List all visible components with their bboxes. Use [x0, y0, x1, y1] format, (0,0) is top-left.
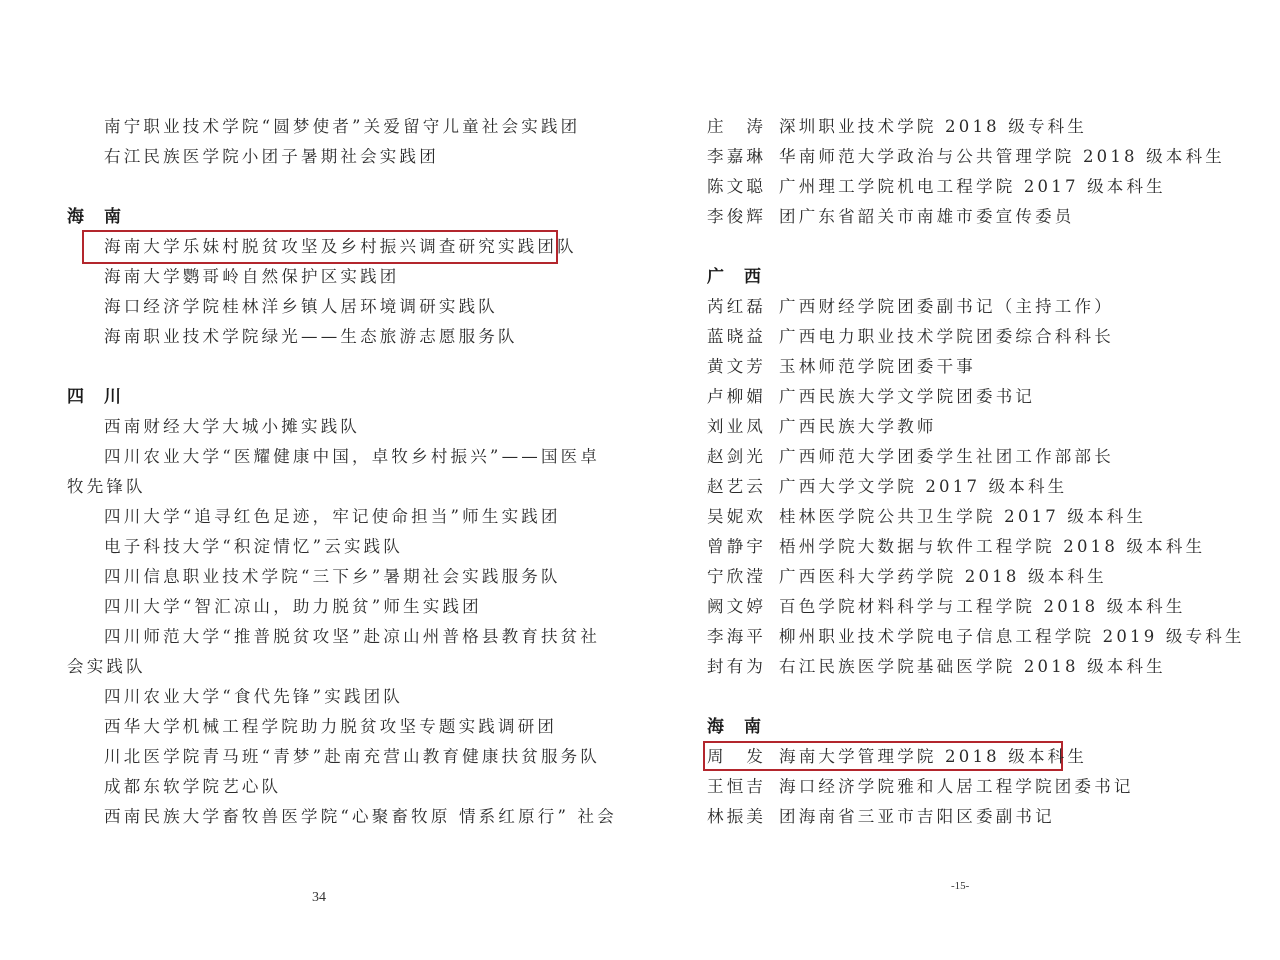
left-page: 南宁职业技术学院“圆梦使者”关爱留守儿童社会实践团 右江民族医学院小团子暑期社会… [0, 0, 640, 960]
list-item: 海南大学鹦哥岭自然保护区实践团 [104, 266, 400, 288]
person-name: 卢柳媚 [707, 386, 779, 408]
list-item: 四川农业大学“食代先锋”实践团队 [104, 686, 403, 708]
heading-char: 四 [67, 386, 84, 408]
list-item: 西华大学机械工程学院助力脱贫攻坚专题实践调研团 [104, 716, 557, 738]
person-row: 黄文芳玉林师范学院团委干事 [707, 356, 976, 378]
section-heading-hainan: 海南 [707, 716, 761, 738]
list-item: 川北医学院青马班“青梦”赴南充营山教育健康扶贫服务队 [104, 746, 600, 768]
person-name: 赵艺云 [707, 476, 779, 498]
list-item: 西南民族大学畜牧兽医学院“心聚畜牧原 情系红原行” 社会 [104, 806, 617, 828]
person-desc: 广西师范大学团委学生社团工作部部长 [779, 446, 1114, 468]
list-item: 海南职业技术学院绿光——生态旅游志愿服务队 [104, 326, 518, 348]
person-desc: 桂林医学院公共卫生学院 2017 级本科生 [779, 506, 1146, 528]
person-row: 卢柳媚广西民族大学文学院团委书记 [707, 386, 1035, 408]
list-item: 右江民族医学院小团子暑期社会实践团 [104, 146, 439, 168]
person-desc: 梧州学院大数据与软件工程学院 2018 级本科生 [779, 536, 1205, 558]
person-name: 赵剑光 [707, 446, 779, 468]
list-item: 南宁职业技术学院“圆梦使者”关爱留守儿童社会实践团 [104, 116, 580, 138]
heading-char: 海 [707, 716, 724, 738]
list-item: 四川师范大学“推普脱贫攻坚”赴凉山州普格县教育扶贫社 [104, 626, 600, 648]
right-page: 庄 涛深圳职业技术学院 2018 级专科生 李嘉琳华南师范大学政治与公共管理学院… [640, 0, 1280, 960]
person-row: 庄 涛深圳职业技术学院 2018 级专科生 [707, 116, 1087, 138]
person-name: 李海平 [707, 626, 779, 648]
person-name: 封有为 [707, 656, 779, 678]
person-desc: 广西民族大学文学院团委书记 [779, 386, 1035, 408]
section-heading-sichuan: 四川 [67, 386, 121, 408]
person-name: 阙文婷 [707, 596, 779, 618]
list-item: 海口经济学院桂林洋乡镇人居环境调研实践队 [104, 296, 498, 318]
person-row: 阙文婷百色学院材料科学与工程学院 2018 级本科生 [707, 596, 1186, 618]
person-row: 李俊辉团广东省韶关市南雄市委宣传委员 [707, 206, 1075, 228]
person-desc: 玉林师范学院团委干事 [779, 356, 976, 378]
person-desc: 广西民族大学教师 [779, 416, 937, 438]
list-item: 西南财经大学大城小摊实践队 [104, 416, 360, 438]
person-row: 封有为右江民族医学院基础医学院 2018 级本科生 [707, 656, 1166, 678]
section-heading-guangxi: 广西 [707, 266, 761, 288]
heading-char: 海 [67, 206, 84, 228]
person-desc: 海南大学管理学院 2018 级本科生 [779, 746, 1087, 768]
person-name: 李嘉琳 [707, 146, 779, 168]
person-name: 周 发 [707, 746, 779, 768]
person-desc: 广州理工学院机电工程学院 2017 级本科生 [779, 176, 1166, 198]
person-desc: 海口经济学院雅和人居工程学院团委书记 [779, 776, 1134, 798]
person-row: 吴妮欢桂林医学院公共卫生学院 2017 级本科生 [707, 506, 1146, 528]
person-row: 蓝晓益广西电力职业技术学院团委综合科科长 [707, 326, 1114, 348]
person-row-highlighted: 周 发海南大学管理学院 2018 级本科生 [707, 746, 1087, 768]
person-desc: 右江民族医学院基础医学院 2018 级本科生 [779, 656, 1166, 678]
person-row: 林振美团海南省三亚市吉阳区委副书记 [707, 806, 1055, 828]
list-item: 四川信息职业技术学院“三下乡”暑期社会实践服务队 [104, 566, 561, 588]
person-desc: 广西大学文学院 2017 级本科生 [779, 476, 1067, 498]
heading-char: 南 [744, 716, 761, 738]
list-item: 成都东软学院艺心队 [104, 776, 281, 798]
person-row: 王恒吉海口经济学院雅和人居工程学院团委书记 [707, 776, 1134, 798]
person-name: 林振美 [707, 806, 779, 828]
person-row: 李嘉琳华南师范大学政治与公共管理学院 2018 级本科生 [707, 146, 1225, 168]
person-row: 刘业凤广西民族大学教师 [707, 416, 937, 438]
person-desc: 团广东省韶关市南雄市委宣传委员 [779, 206, 1075, 228]
section-heading-hainan: 海南 [67, 206, 121, 228]
person-name: 芮红磊 [707, 296, 779, 318]
person-desc: 深圳职业技术学院 2018 级专科生 [779, 116, 1087, 138]
heading-char: 广 [707, 266, 724, 288]
list-item-continuation: 会实践队 [67, 656, 146, 678]
person-name: 李俊辉 [707, 206, 779, 228]
person-desc: 百色学院材料科学与工程学院 2018 级本科生 [779, 596, 1186, 618]
person-desc: 广西财经学院团委副书记（主持工作） [779, 296, 1114, 318]
page-number: 34 [312, 890, 326, 906]
heading-char: 南 [104, 206, 121, 228]
person-name: 宁欣滢 [707, 566, 779, 588]
person-name: 吴妮欢 [707, 506, 779, 528]
person-row: 陈文聪广州理工学院机电工程学院 2017 级本科生 [707, 176, 1166, 198]
person-row: 曾静宇梧州学院大数据与软件工程学院 2018 级本科生 [707, 536, 1205, 558]
person-row: 李海平柳州职业技术学院电子信息工程学院 2019 级专科生 [707, 626, 1245, 648]
person-row: 赵艺云广西大学文学院 2017 级本科生 [707, 476, 1067, 498]
person-name: 黄文芳 [707, 356, 779, 378]
list-item-continuation: 牧先锋队 [67, 476, 146, 498]
person-desc: 广西电力职业技术学院团委综合科科长 [779, 326, 1114, 348]
person-name: 蓝晓益 [707, 326, 779, 348]
person-row: 赵剑光广西师范大学团委学生社团工作部部长 [707, 446, 1114, 468]
list-item: 四川农业大学“医耀健康中国，卓牧乡村振兴”——国医卓 [104, 446, 600, 468]
list-item: 电子科技大学“积淀情忆”云实践队 [104, 536, 403, 558]
person-row: 宁欣滢广西医科大学药学院 2018 级本科生 [707, 566, 1107, 588]
person-desc: 团海南省三亚市吉阳区委副书记 [779, 806, 1055, 828]
list-item-highlighted: 海南大学乐妹村脱贫攻坚及乡村振兴调查研究实践团队 [104, 236, 577, 258]
person-row: 芮红磊广西财经学院团委副书记（主持工作） [707, 296, 1114, 318]
person-name: 庄 涛 [707, 116, 779, 138]
list-item: 四川大学“智汇凉山，助力脱贫”师生实践团 [104, 596, 482, 618]
person-desc: 柳州职业技术学院电子信息工程学院 2019 级专科生 [779, 626, 1245, 648]
person-name: 刘业凤 [707, 416, 779, 438]
heading-char: 西 [744, 266, 761, 288]
person-name: 曾静宇 [707, 536, 779, 558]
person-desc: 广西医科大学药学院 2018 级本科生 [779, 566, 1107, 588]
person-name: 王恒吉 [707, 776, 779, 798]
page-number: -15- [951, 880, 969, 892]
list-item: 四川大学“追寻红色足迹，牢记使命担当”师生实践团 [104, 506, 561, 528]
person-desc: 华南师范大学政治与公共管理学院 2018 级本科生 [779, 146, 1225, 168]
heading-char: 川 [104, 386, 121, 408]
person-name: 陈文聪 [707, 176, 779, 198]
